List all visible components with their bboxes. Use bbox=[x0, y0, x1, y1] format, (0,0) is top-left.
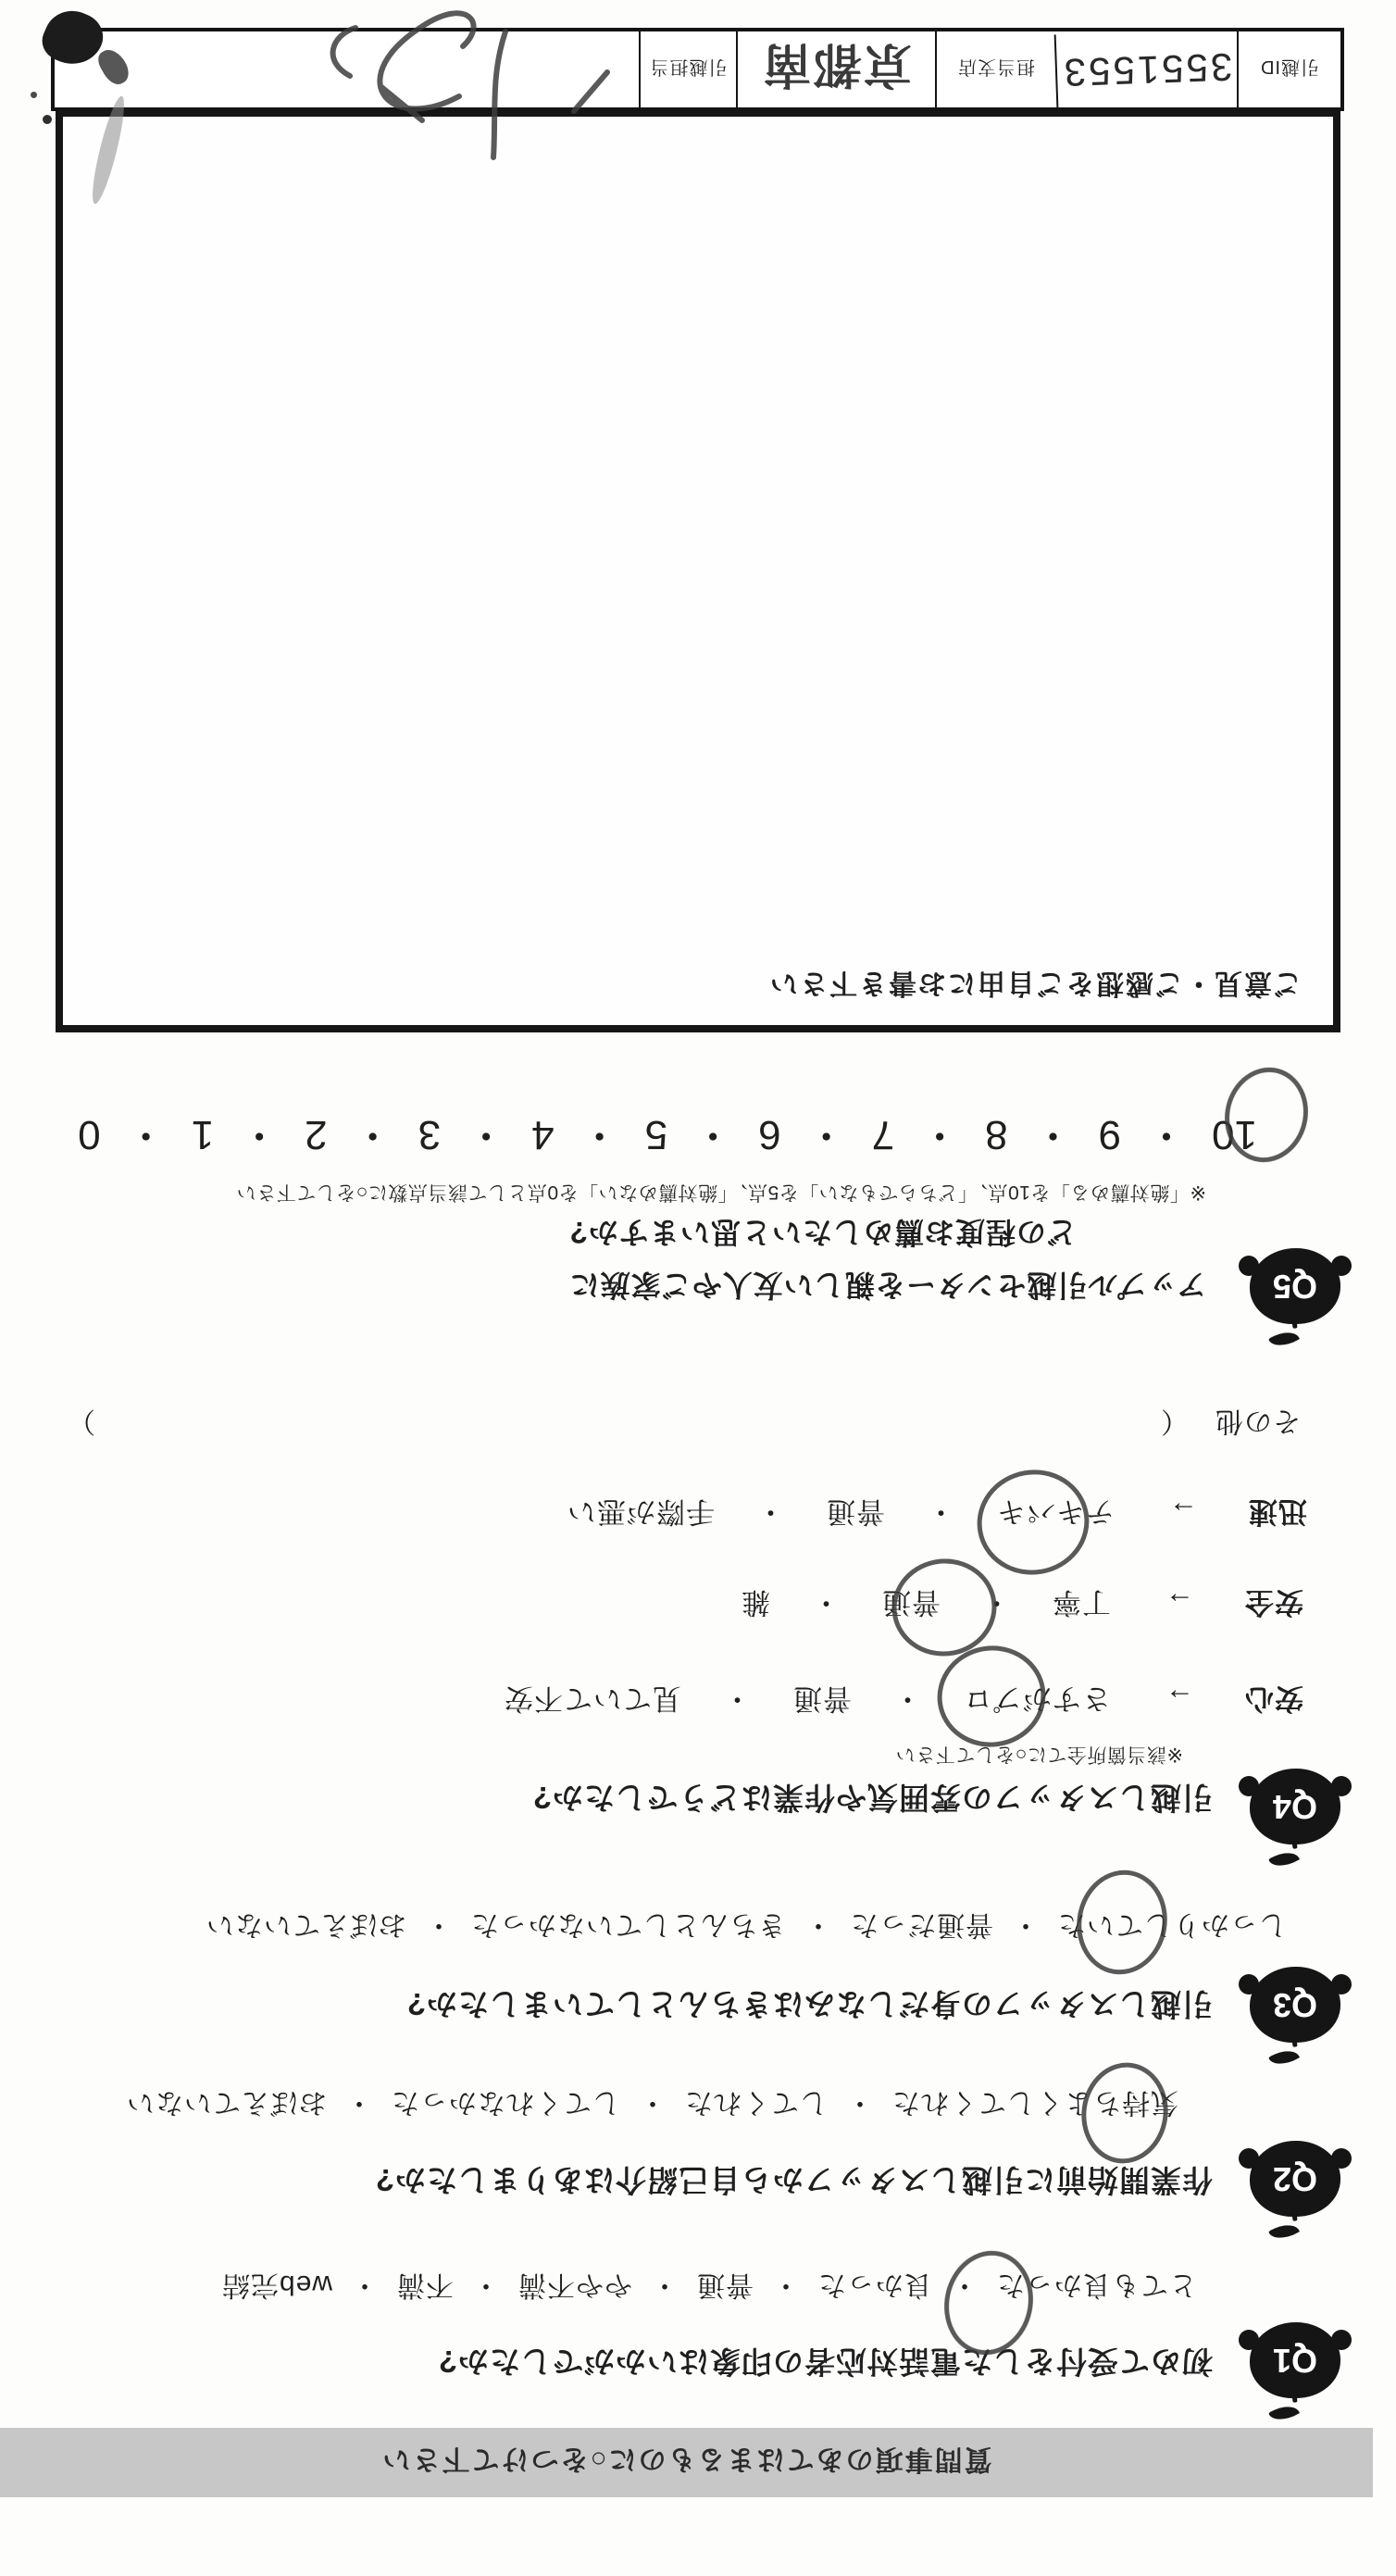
option: やや不満 bbox=[517, 2270, 632, 2300]
option: テキパキ bbox=[996, 1495, 1115, 1528]
option-separator: ・ bbox=[811, 1586, 841, 1619]
option-separator: ・ bbox=[926, 1495, 955, 1528]
option: 手際が悪い bbox=[567, 1495, 715, 1528]
ink-speck bbox=[43, 115, 52, 124]
option: 4 bbox=[531, 1112, 554, 1157]
q4-row-jinsoku: 迅速→テキパキ・普通・手際が悪い bbox=[567, 1494, 1307, 1535]
row-options: テキパキ・普通・手際が悪い bbox=[567, 1495, 1115, 1528]
move-id-label: 引越ID bbox=[1237, 31, 1340, 107]
option-separator: ・ bbox=[950, 2270, 978, 2300]
q4-row-anshin: 安心→さすがプロ・普通・見ていて不安 bbox=[504, 1681, 1303, 1722]
option-separator: ・ bbox=[1146, 1112, 1187, 1157]
close-paren: ） bbox=[68, 1404, 95, 1444]
option: とても良かった bbox=[996, 2270, 1197, 2300]
option: 0 bbox=[78, 1112, 100, 1157]
option-separator: ・ bbox=[771, 2270, 800, 2300]
q1-question: 初めて受付をした電話対応者の印象はいかがでしたか? bbox=[438, 2342, 1213, 2385]
option: 雑 bbox=[741, 1586, 770, 1619]
option: 気持ちよくしてくれた bbox=[891, 2087, 1178, 2118]
option: 見ていて不安 bbox=[504, 1682, 681, 1715]
option: 2 bbox=[305, 1112, 327, 1157]
q5-question-line1: アップル引越センターを親しい友人やご家族に bbox=[569, 1266, 1206, 1308]
q1-badge: Q1 bbox=[1250, 2322, 1340, 2398]
option-separator: ・ bbox=[350, 2270, 379, 2300]
option-separator: ・ bbox=[892, 1682, 922, 1715]
q2-badge-label: Q2 bbox=[1273, 2159, 1317, 2198]
row-options: さすがプロ・普通・見ていて不安 bbox=[504, 1682, 1111, 1715]
option-separator: ・ bbox=[638, 2087, 667, 2118]
sprout-icon bbox=[1268, 2400, 1300, 2426]
instruction-banner: 質問事項のあてはまるものに○をつけて下さい bbox=[0, 2428, 1373, 2497]
other-label: その他 bbox=[1215, 1406, 1301, 1436]
q4-row-anzen: 安全→丁寧・普通・雑 bbox=[741, 1584, 1303, 1626]
q1-badge-label: Q1 bbox=[1273, 2341, 1317, 2380]
option-separator: ・ bbox=[806, 1112, 847, 1157]
option-separator: ・ bbox=[471, 2270, 500, 2300]
option: 1 bbox=[192, 1112, 214, 1157]
option-separator: ・ bbox=[1011, 1909, 1040, 1940]
q5-score-scale: 10・9・8・7・6・5・4・3・2・1・0 bbox=[78, 1109, 1257, 1169]
move-id-value: 3551553 bbox=[1054, 29, 1239, 111]
q5-question-line2: どの程度お薦めしたいと思いますか? bbox=[568, 1213, 1077, 1256]
option-separator: ・ bbox=[466, 1112, 506, 1157]
q4-badge: Q4 bbox=[1250, 1769, 1340, 1844]
option: してくれた bbox=[684, 2087, 828, 2118]
option: 9 bbox=[1099, 1112, 1121, 1157]
q4-note: ※該当箇所全てに○をして下さい bbox=[895, 1742, 1183, 1769]
q5-badge-label: Q5 bbox=[1273, 1267, 1317, 1306]
option: おぼえていない bbox=[126, 2087, 327, 2118]
row-label: 迅速 bbox=[1198, 1494, 1307, 1535]
ink-speck bbox=[31, 92, 37, 98]
option: さすがプロ bbox=[963, 1682, 1111, 1715]
option: 普通だった bbox=[850, 1909, 993, 1940]
sprout-icon bbox=[1268, 1846, 1300, 1872]
option-separator: ・ bbox=[580, 1112, 620, 1157]
sprout-icon bbox=[1268, 1326, 1300, 1352]
option: web完結 bbox=[221, 2270, 332, 2300]
sprout-icon bbox=[1268, 2219, 1300, 2245]
q2-question: 作業開始前に引越しスタッフから自己紹介はありましたか? bbox=[375, 2160, 1213, 2204]
q3-badge: Q3 bbox=[1250, 1967, 1340, 2043]
option-separator: ・ bbox=[424, 1909, 453, 1940]
option-separator: ・ bbox=[650, 2270, 679, 2300]
option-separator: ・ bbox=[1033, 1112, 1074, 1157]
row-label: 安全 bbox=[1194, 1584, 1303, 1626]
row-label: 安心 bbox=[1194, 1681, 1303, 1722]
option-separator: ・ bbox=[239, 1112, 280, 1157]
option: 6 bbox=[758, 1112, 780, 1157]
staff-signature-cell bbox=[55, 31, 639, 107]
q5-badge: Q5 bbox=[1250, 1248, 1340, 1324]
option: 丁寧 bbox=[1052, 1586, 1111, 1619]
option-separator: ・ bbox=[126, 1112, 167, 1157]
option-separator: ・ bbox=[353, 1112, 393, 1157]
branch-stamp: 京都南 bbox=[736, 31, 935, 107]
option: しっかりしていた bbox=[1057, 1909, 1287, 1940]
option: 7 bbox=[872, 1112, 894, 1157]
row-options: 丁寧・普通・雑 bbox=[741, 1586, 1111, 1619]
option-separator: ・ bbox=[981, 1586, 1011, 1619]
q5-note: ※「絶対薦める」を10点、「どちらでもない」を5点、「絶対薦めない」を0点として… bbox=[236, 1180, 1206, 1207]
option: 3 bbox=[418, 1112, 441, 1157]
q2-badge: Q2 bbox=[1250, 2141, 1340, 2217]
option-separator: ・ bbox=[804, 1909, 832, 1940]
option: おぼえていない bbox=[206, 1909, 406, 1940]
option: 普通 bbox=[826, 1495, 885, 1528]
staff-label: 引越担当 bbox=[639, 31, 736, 107]
q3-question: 引越しスタッフの身だしなみはきちんとしていましたか? bbox=[406, 1984, 1213, 2028]
comment-box: ご意見・ご感想をご自由にお書き下さい bbox=[56, 109, 1340, 1032]
option: 普通 bbox=[792, 1682, 852, 1715]
option: 不満 bbox=[396, 2270, 454, 2300]
option: 普通 bbox=[881, 1586, 941, 1619]
q2-options-row: 気持ちよくしてくれた・してくれた・してくれなかった・おぼえていない bbox=[126, 2085, 1178, 2126]
sprout-icon bbox=[1268, 2045, 1300, 2070]
q4-badge-label: Q4 bbox=[1273, 1787, 1317, 1826]
option: 10 bbox=[1212, 1112, 1257, 1157]
comment-box-label: ご意見・ご感想をご自由にお書き下さい bbox=[63, 966, 1302, 1007]
arrow-icon: → bbox=[1168, 1494, 1198, 1528]
q3-options-row: しっかりしていた・普通だった・きちんとしていなかった・おぼえていない bbox=[206, 1907, 1287, 1948]
option-separator: ・ bbox=[845, 2087, 874, 2118]
option-separator: ・ bbox=[919, 1112, 960, 1157]
q4-question: 引越しスタッフの雰囲気や作業はどうでしたか? bbox=[532, 1778, 1213, 1821]
arrow-icon: → bbox=[1165, 1682, 1194, 1715]
q3-badge-label: Q3 bbox=[1273, 1985, 1317, 2024]
option-separator: ・ bbox=[755, 1495, 785, 1528]
option-separator: ・ bbox=[722, 1682, 752, 1715]
arrow-icon: → bbox=[1165, 1585, 1194, 1619]
q1-options-row: とても良かった・良かった・普通・やや不満・不満・web完結 bbox=[221, 2268, 1197, 2308]
option: 8 bbox=[985, 1112, 1007, 1157]
option-separator: ・ bbox=[692, 1112, 733, 1157]
open-paren: （ bbox=[1160, 1406, 1189, 1436]
other-field: その他（ bbox=[1160, 1404, 1301, 1444]
option: 5 bbox=[645, 1112, 667, 1157]
option: きちんとしていなかった bbox=[470, 1909, 786, 1940]
header-table: 引越ID 3551553 担当支店 京都南 引越担当 bbox=[51, 28, 1344, 111]
option-separator: ・ bbox=[344, 2087, 373, 2118]
option: 普通 bbox=[696, 2270, 754, 2300]
scanned-survey-sheet: 質問事項のあてはまるものに○をつけて下さい Q1 初めて受付をした電話対応者の印… bbox=[0, 0, 1396, 2576]
option: 良かった bbox=[817, 2270, 932, 2300]
option: してくれなかった bbox=[391, 2087, 620, 2118]
branch-label: 担当支店 bbox=[935, 31, 1055, 107]
